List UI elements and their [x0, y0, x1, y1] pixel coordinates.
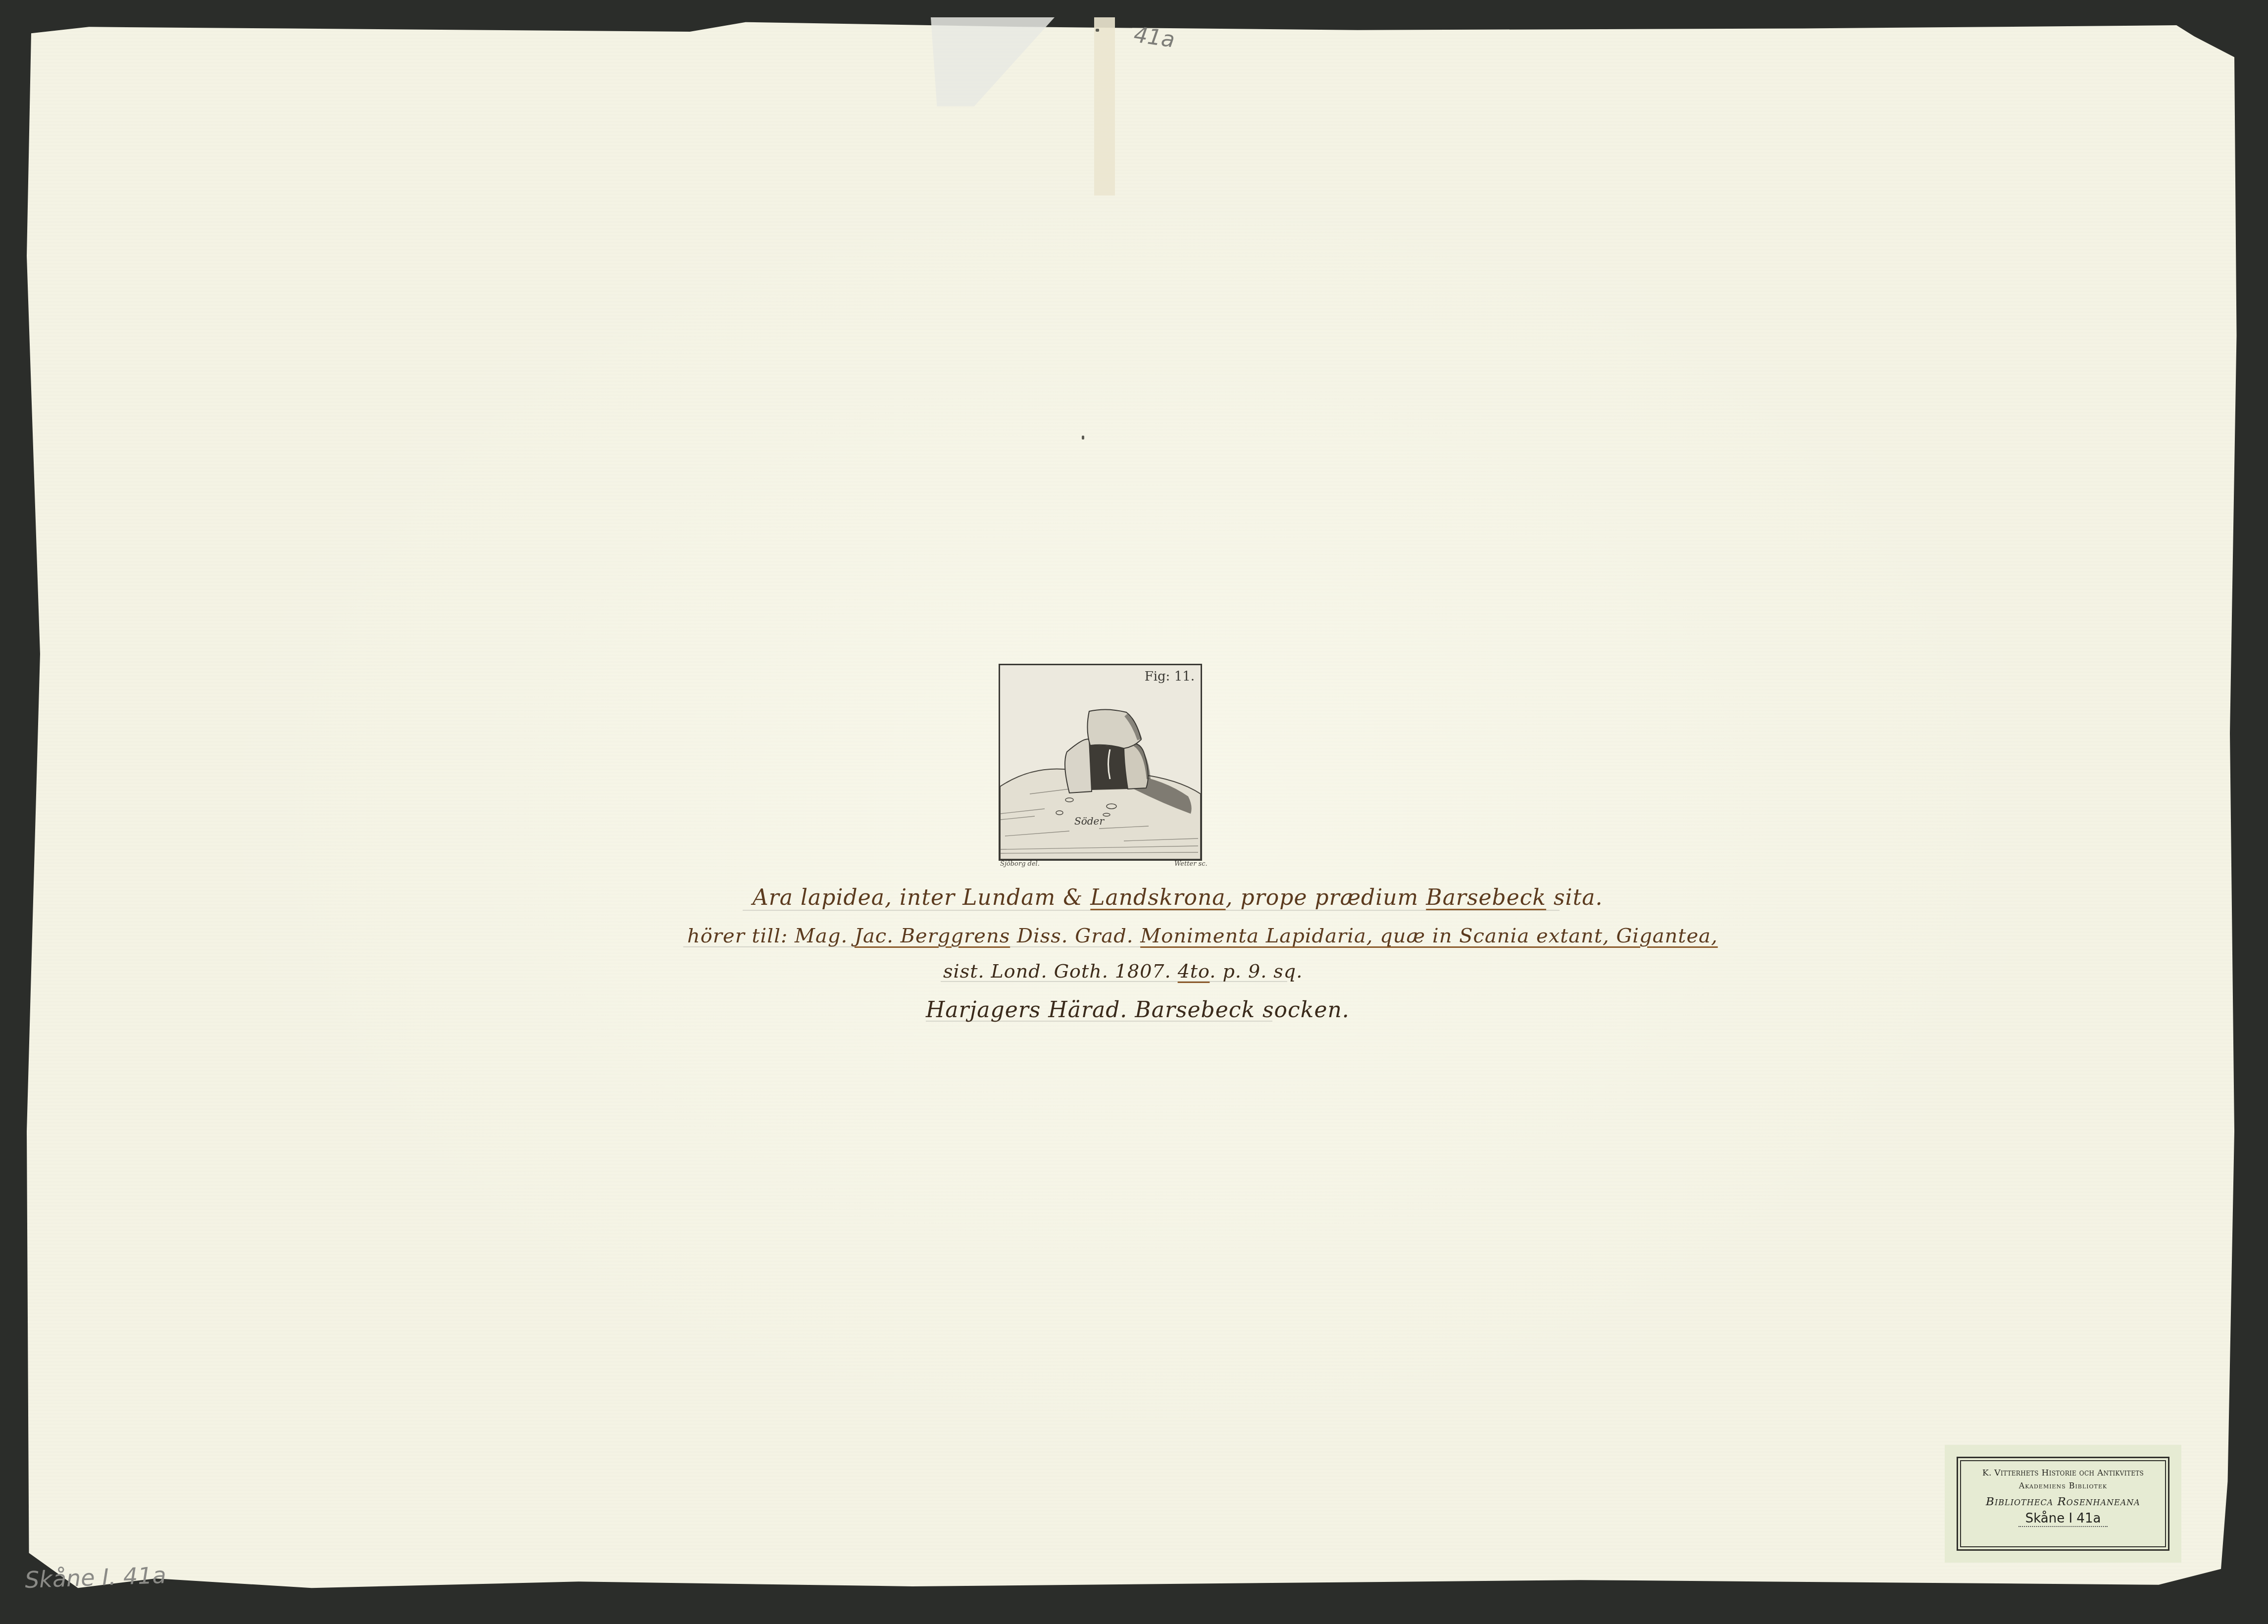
svg-text:Söder: Söder [1074, 815, 1105, 827]
pencil-shelfmark: Skåne I. 41a [24, 1562, 166, 1593]
stamp-shelfmark: Skåne I 41a [2018, 1511, 2108, 1527]
caption-line-2: hörer till: Mag. Jac. Berggrens Diss. Gr… [687, 925, 1718, 947]
stamp-inner-frame: K. Vitterhets Historie och Antikvitets A… [1960, 1460, 2166, 1547]
caption-underlined-format: 4to [1178, 960, 1210, 982]
caption-text: Diss. Grad. [1010, 925, 1140, 947]
caption-underlined-place: Landskrona [1090, 885, 1225, 910]
caption-text: sita. [1546, 885, 1603, 910]
paper-speck [1082, 436, 1084, 440]
dolmen-illustration-icon: Söder [1000, 665, 1201, 859]
caption-line-3: sist. Lond. Goth. 1807. 4to. p. 9. sq. [943, 960, 1303, 982]
stamp-institution: K. Vitterhets Historie och Antikvitets [1961, 1468, 2165, 1478]
tape-strip [1094, 17, 1115, 196]
artist-credit-engraver: Wetter sc. [1174, 860, 1208, 868]
caption-text: hörer till: Mag. [687, 925, 855, 947]
stamp-collection: Bibliotheca Rosenhaneana [1961, 1495, 2165, 1508]
caption-text: Ara lapidea, inter Lundam & [753, 885, 1090, 910]
engraving-plate: Söder Fig: 11. [999, 664, 1202, 861]
caption-text: , prope prædium [1226, 885, 1426, 910]
caption-text: . p. 9. sq. [1210, 960, 1303, 982]
figure-label: Fig: 11. [1145, 669, 1195, 684]
caption-line-4: Harjagers Härad. Barsebeck socken. [926, 997, 1350, 1023]
caption-line-1: Ara lapidea, inter Lundam & Landskrona, … [753, 885, 1603, 910]
stamp-frame: K. Vitterhets Historie och Antikvitets A… [1957, 1457, 2169, 1551]
paper-speck [1096, 29, 1099, 32]
caption-underlined-author: Jac. Berggrens [855, 925, 1010, 947]
caption-text: sist. Lond. Goth. 1807. [943, 960, 1178, 982]
artist-credit-delineator: Sjöborg del. [1000, 860, 1040, 868]
stamp-library: Akademiens Bibliotek [1961, 1481, 2165, 1490]
library-stamp: K. Vitterhets Historie och Antikvitets A… [1945, 1445, 2181, 1563]
caption-underlined-title: Monimenta Lapidaria, quæ in Scania extan… [1140, 925, 1717, 947]
caption-underlined-place: Barsebeck [1426, 885, 1546, 910]
